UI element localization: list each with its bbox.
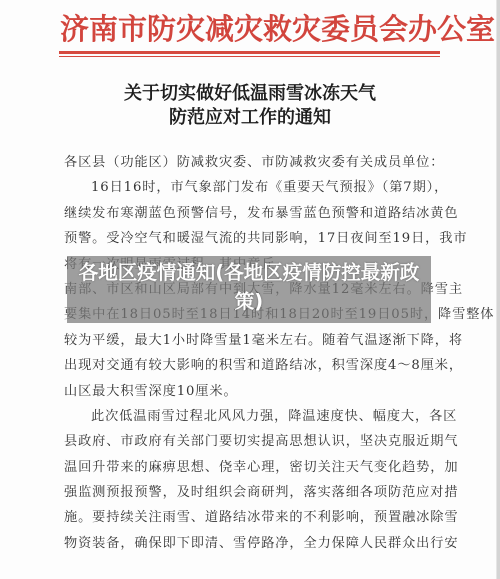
caption-overlay-title: 各地区疫情通知(各地区疫情防控最新政策) — [67, 258, 431, 316]
salutation: 各区县（功能区）防减救灾委、市防减救灾委有关成员单位： — [64, 150, 436, 175]
page-edge-divider — [496, 0, 500, 579]
body-line: 16日16时，市气象部门发布《重要天气预报》（第7期）， — [64, 175, 436, 200]
document-body: 各区县（功能区）防减救灾委、市防减救灾委有关成员单位： 16日16时，市气象部门… — [64, 150, 436, 556]
body-line: 强监测预报预警，及时组织会商研判，落实落细各项防范应对措 — [64, 480, 436, 505]
doc-title-line-1: 关于切实做好低温雨雪冰冻天气 — [60, 82, 440, 106]
body-line: 此次低温雨雪过程北风风力强，降温速度快、幅度大，各区 — [64, 404, 436, 429]
red-rule-thick — [59, 51, 440, 54]
body-line: 继续发布寒潮蓝色预警信号，发布暴雪蓝色预警和道路结冰黄色 — [64, 201, 436, 226]
body-line: 较为平缓，最大1小时降雪量1毫米左右。随着气温逐渐下降，将 — [64, 328, 436, 353]
body-line: 县政府、市政府有关部门要切实提高思想认识，坚决克服近期气 — [64, 429, 436, 454]
doc-title-line-2: 防范应对工作的通知 — [60, 106, 440, 130]
body-line: 施。要持续关注雨雪、道路结冰带来的不利影响，预置融冰除雪 — [64, 505, 436, 530]
body-line: 山区最大积雪深度10厘米。 — [64, 379, 436, 404]
red-rule-thin — [59, 56, 440, 57]
body-line: 物资装备，确保即下即清、雪停路净，全力保障人民群众出行安 — [64, 531, 436, 556]
body-line: 出现对交通有较大影响的积雪和道路结冰，积雪深度4～8厘米， — [64, 353, 436, 378]
org-header: 济南市防灾减灾救灾委员会办公室 — [60, 12, 440, 46]
body-line: 温回升带来的麻痹思想、侥幸心理，密切关注天气变化趋势，加 — [64, 455, 436, 480]
body-line: 预警。受冷空气和暖湿气流的共同影响，17日夜间至19日，我市 — [64, 226, 436, 251]
